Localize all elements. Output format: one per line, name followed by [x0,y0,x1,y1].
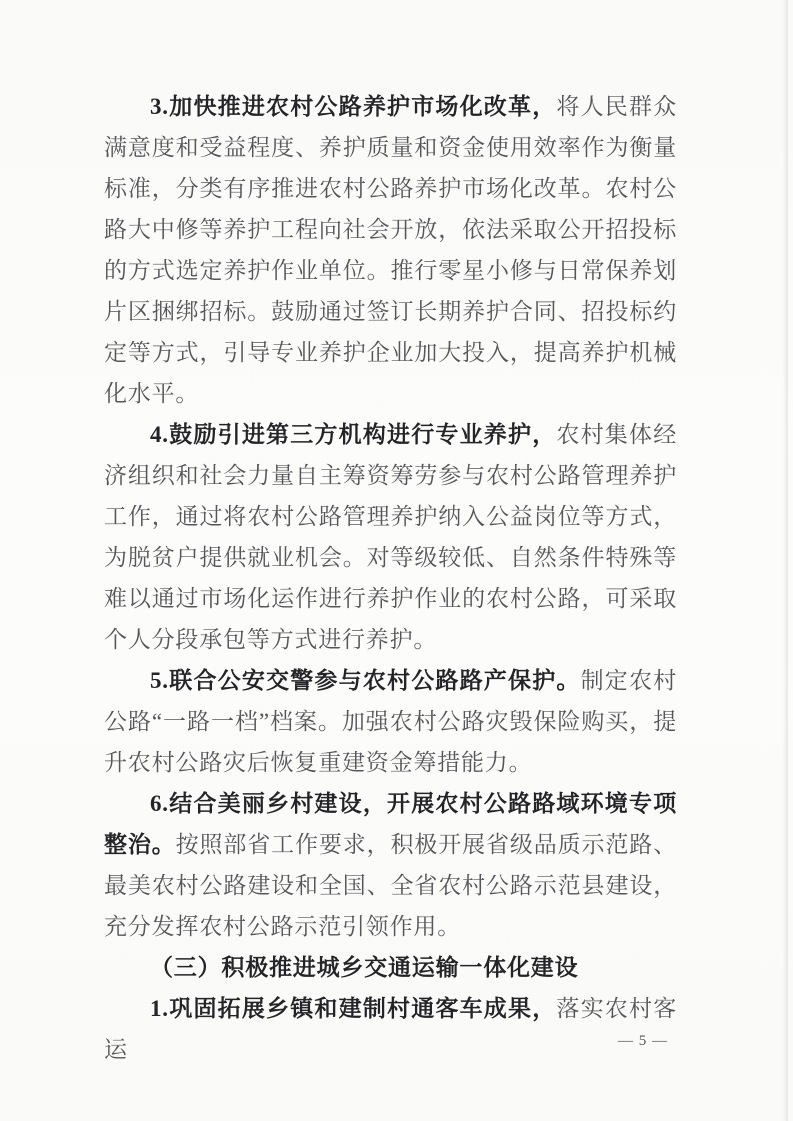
paragraph-1-next-section-lead: 1.巩固拓展乡镇和建制村通客车成果， [150,996,556,1021]
paragraph-3: 3.加快推进农村公路养护市场化改革，将人民群众满意度和受益程度、养护质量和资金使… [104,86,677,414]
page-number: — 5 — [608,1031,678,1051]
paragraph-5-lead: 5.联合公安交警参与农村公路路产保护。 [150,668,581,693]
scanned-document-page: 3.加快推进农村公路养护市场化改革，将人民群众满意度和受益程度、养护质量和资金使… [0,0,793,1121]
document-body: 3.加快推进农村公路养护市场化改革，将人民群众满意度和受益程度、养护质量和资金使… [104,86,677,1070]
paragraph-3-lead: 3.加快推进农村公路养护市场化改革， [150,94,556,119]
paragraph-1-next-section: 1.巩固拓展乡镇和建制村通客车成果，落实农村客运 [104,988,677,1070]
paragraph-4-lead: 4.鼓励引进第三方机构进行专业养护， [150,422,556,447]
section-heading-three: （三）积极推进城乡交通运输一体化建设 [104,947,677,988]
paragraph-6: 6.结合美丽乡村建设，开展农村公路路域环境专项整治。按照部省工作要求，积极开展省… [104,783,677,947]
paragraph-4: 4.鼓励引进第三方机构进行专业养护，农村集体经济组织和社会力量自主筹资筹劳参与农… [104,414,677,660]
scan-edge-artifact [786,0,788,1121]
paragraph-5: 5.联合公安交警参与农村公路路产保护。制定农村公路“一路一档”档案。加强农村公路… [104,660,677,783]
paragraph-4-text: 农村集体经济组织和社会力量自主筹资筹劳参与农村公路管理养护工作，通过将农村公路管… [104,422,677,652]
paragraph-3-text: 将人民群众满意度和受益程度、养护质量和资金使用效率作为衡量标准，分类有序推进农村… [104,94,677,406]
paragraph-6-text: 按照部省工作要求，积极开展省级品质示范路、最美农村公路建设和全国、全省农村公路示… [104,832,677,939]
